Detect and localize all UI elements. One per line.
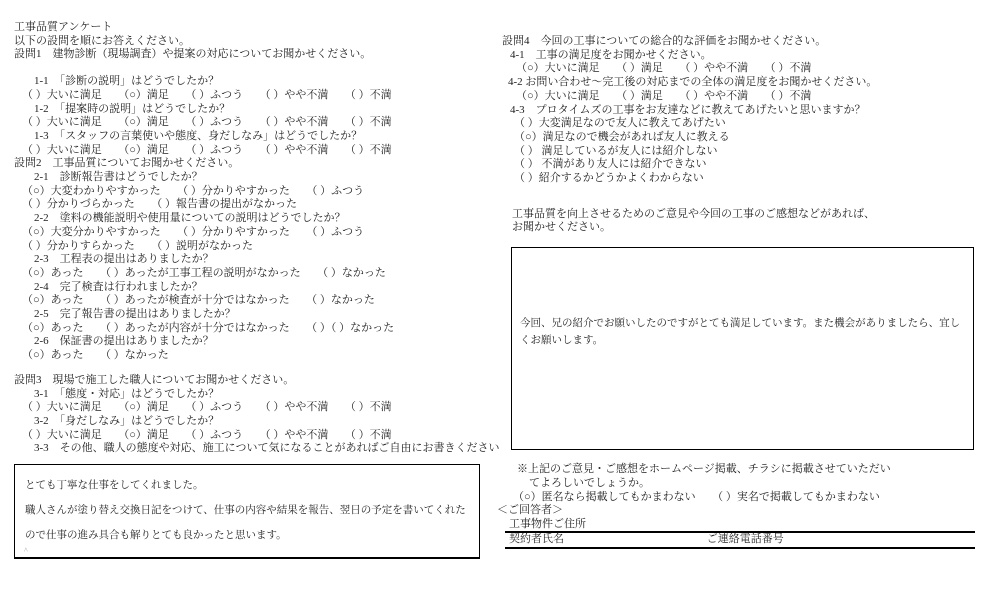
section-q2-heading: 設問2 工事品質についてお聞かせください。 xyxy=(14,157,482,171)
respondent-address-row: 工事物件ご住所 xyxy=(505,518,975,534)
left-column: 工事品質アンケート以下の設問を順にお答えください。設問1 建物診断（現場調査）や… xyxy=(14,21,482,559)
q2-4-label: 2-4 完了検査は行われましたか？ xyxy=(14,281,482,295)
craftsman-comment-line2: 職人さんが塗り替え交換日記をつけて、仕事の内容や結果を報告、翌日の予定を書いてく… xyxy=(25,498,469,523)
q3-3-label: 3-3 その他、職人の態度や対応、施工について気になることがあればご自由にお書き… xyxy=(14,442,482,456)
phone-label: ご連絡電話番号 xyxy=(707,533,784,545)
q3-2-label: 3-2 「身だしなみ」はどうでしたか？ xyxy=(14,415,482,429)
q3-1-options: （ ）大いに満足 （○）満足 （ ）ふつう （ ）やや不満 （ ）不満 xyxy=(14,401,482,415)
feedback-prompt-line1: 工事品質を向上させるためのご意見や今回の工事のご感想などがあれば、 xyxy=(497,208,979,222)
q4-3-option-1: （ ）大変満足なので友人に教えてあげたい xyxy=(497,117,979,131)
respondent-name-phone-row: 契約者氏名 ご連絡電話番号 xyxy=(505,533,975,549)
q2-4-options: （○）あった （ ）あったが検査が十分ではなかった （ ）なかった xyxy=(14,294,482,308)
overall-comment-box: 今回、兄の紹介でお願いしたのですがとても満足しています。また機会がありましたら、… xyxy=(511,247,974,450)
q1-2-label: 1-2 「提案時の説明」はどうでしたか？ xyxy=(14,103,482,117)
q2-6-label: 2-6 保証書の提出はありましたか？ xyxy=(14,335,482,349)
q2-3-options: （○）あった （ ）あったが工事工程の説明がなかった （ ）なかった xyxy=(14,267,482,281)
publish-consent-lines: ※上記のご意見・ご感想をホームページ掲載、チラシに掲載させていただいてよろしいで… xyxy=(497,463,979,518)
craftsman-comment-line3: ので仕事の進み具合も解りとても良かったと思います。 xyxy=(25,523,469,548)
q4-3-option-3: （ ） 満足しているが友人には紹介しない xyxy=(497,145,979,159)
section-q3-heading: 設問3 現場で施工した職人についてお聞かせください。 xyxy=(14,374,482,388)
q1-1-options: （ ）大いに満足 （○）満足 （ ）ふつう （ ）やや不満 （ ）不満 xyxy=(14,89,482,103)
q2-6-options: （○）あった （ ）なかった xyxy=(14,349,482,363)
overall-comment-line1: 今回、兄の紹介でお願いしたのですがとても満足しています。また機会がありましたら、… xyxy=(520,316,965,333)
q2-5-label: 2-5 完了報告書の提出はありましたか？ xyxy=(14,308,482,322)
section-q1-heading: 設問1 建物診断（現場調査）や提案の対応についてお聞かせください。 xyxy=(14,48,482,62)
q2-2-options-row2: （ ）分かりすらかった （ ）説明がなかった xyxy=(14,240,482,254)
q4-1-options: （○）大いに満足 （ ）満足 （ ）やや不満 （ ）不満 xyxy=(497,62,979,76)
q4-3-option-4: （ ） 不満があり友人には紹介できない xyxy=(497,158,979,172)
stray-mark: ^ xyxy=(24,547,28,555)
craftsman-comment-line1: とても丁寧な仕事をしてくれました。 xyxy=(25,473,469,498)
respondent-heading: ＜ご回答者＞ xyxy=(497,504,979,518)
right-column: 設問4 今回の工事についての総合的な評価をお聞かせください。4-1 工事の満足度… xyxy=(497,35,979,549)
q2-3-label: 2-3 工程表の提出はありましたか？ xyxy=(14,253,482,267)
q4-1-label: 4-1 工事の満足度をお聞かせください。 xyxy=(497,49,979,63)
q2-1-options-row2: （ ）分かりづらかった （ ）報告書の提出がなかった xyxy=(14,198,482,212)
publish-consent-line1: ※上記のご意見・ご感想をホームページ掲載、チラシに掲載させていただい xyxy=(497,463,979,477)
intro-line: 以下の設問を順にお答えください。 xyxy=(14,35,482,49)
craftsman-comment-lines: とても丁寧な仕事をしてくれました。職人さんが塗り替え交換日記をつけて、仕事の内容… xyxy=(25,473,469,548)
q2-2-options-row1: （○）大変分かりやすかった （ ）分かりやすかった （ ）ふつう xyxy=(14,226,482,240)
page-title: 工事品質アンケート xyxy=(14,21,482,35)
q4-2-label: 4-2 お問い合わせ～完工後の対応までの全体の満足度をお聞かせください。 xyxy=(497,76,979,90)
q4-3-label: 4-3 プロタイムズの工事をお友達などに教えてあげたいと思いますか？ xyxy=(497,104,979,118)
overall-comment-lines: 今回、兄の紹介でお願いしたのですがとても満足しています。また機会がありましたら、… xyxy=(520,316,965,349)
section-q4-heading: 設問4 今回の工事についての総合的な評価をお聞かせください。 xyxy=(497,35,979,49)
feedback-prompt-line2: お聞かせください。 xyxy=(497,221,979,235)
q1-1-label: 1-1 「診断の説明」はどうでしたか？ xyxy=(14,75,482,89)
craftsman-comment-box: とても丁寧な仕事をしてくれました。職人さんが塗り替え交換日記をつけて、仕事の内容… xyxy=(14,464,480,559)
q4-2-options: （○）大いに満足 （ ）満足 （ ）やや不満 （ ）不満 xyxy=(497,90,979,104)
right-question-lines: 設問4 今回の工事についての総合的な評価をお聞かせください。4-1 工事の満足度… xyxy=(497,35,979,235)
overall-comment-line2: くお願いします。 xyxy=(520,333,965,350)
survey-page: 工事品質アンケート以下の設問を順にお答えください。設問1 建物診断（現場調査）や… xyxy=(0,0,984,591)
q3-2-options: （ ）大いに満足 （○）満足 （ ）ふつう （ ）やや不満 （ ）不満 xyxy=(14,429,482,443)
contractor-name-label: 契約者氏名 xyxy=(509,533,564,545)
q2-1-label: 2-1 診断報告書はどうでしたか？ xyxy=(14,171,482,185)
q3-1-label: 3-1 「態度・対応」はどうでしたか？ xyxy=(14,388,482,402)
q1-3-label: 1-3 「スタッフの言葉使いや態度、身だしなみ」はどうでしたか？ xyxy=(14,130,482,144)
publish-consent-options: （○）匿名なら掲載してもかまわない （ ）実名で掲載してもかまわない xyxy=(497,491,979,505)
q2-1-options-row1: （○）大変わかりやすかった （ ）分かりやすかった （ ）ふつう xyxy=(14,185,482,199)
q4-3-option-2: （○）満足なので機会があれば友人に教える xyxy=(497,131,979,145)
q4-3-option-5: （ ）紹介するかどうかよくわからない xyxy=(497,172,979,186)
q2-2-label: 2-2 塗料の機能説明や使用量についての説明はどうでしたか？ xyxy=(14,212,482,226)
q2-5-options: （○）あった （ ）あったが内容が十分ではなかった （ ）（ ）なかった xyxy=(14,322,482,336)
q1-2-options: （ ）大いに満足 （○）満足 （ ）ふつう （ ）やや不満 （ ）不満 xyxy=(14,116,482,130)
address-label: 工事物件ご住所 xyxy=(509,518,586,530)
left-question-lines: 工事品質アンケート以下の設問を順にお答えください。設問1 建物診断（現場調査）や… xyxy=(14,21,482,456)
q1-3-options: （ ）大いに満足 （○）満足 （ ）ふつう （ ）やや不満 （ ）不満 xyxy=(14,144,482,158)
publish-consent-line2: てよろしいでしょうか。 xyxy=(497,477,979,491)
